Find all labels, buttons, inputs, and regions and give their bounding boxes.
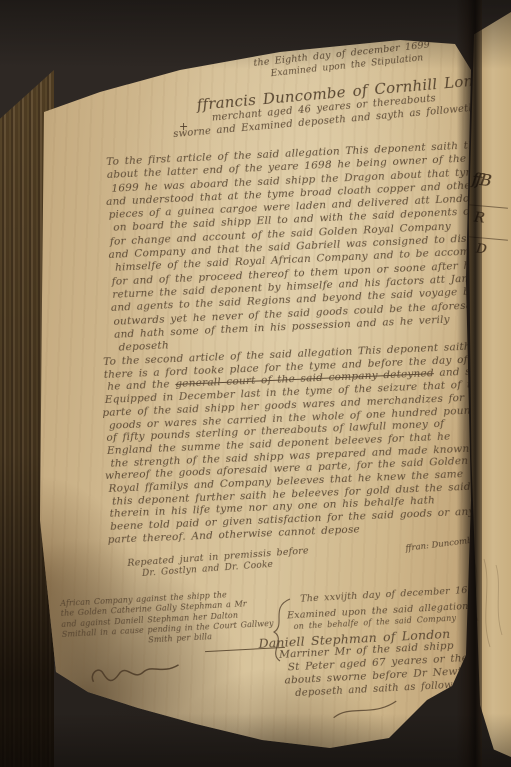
manuscript-page: the Eighth day of december 1699 Examined…	[0, 0, 511, 767]
book-gutter	[448, 0, 482, 767]
date-heading: the Eighth day of december 1699 Examined…	[253, 39, 432, 80]
notary-mark	[90, 654, 184, 690]
second-article-paragraph: To the second article of the said allega…	[103, 340, 498, 547]
marginal-case-note: African Company against the shipp the th…	[60, 588, 274, 651]
pen-flourish	[330, 695, 402, 724]
jurat-note: Repeated jurat in premissis before Dr. G…	[127, 545, 310, 580]
photo-of-manuscript: ffB R D the Eighth day of december 1699 …	[0, 0, 511, 767]
